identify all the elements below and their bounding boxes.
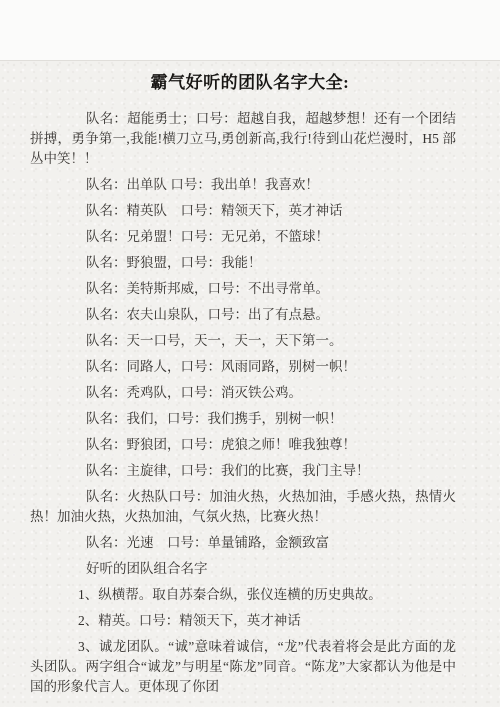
paragraph-team-slogan: 队名：兄弟盟！口号：无兄弟，不篮球！ bbox=[30, 227, 456, 247]
paragraph-team-slogan: 队名：火热队口号：加油火热，火热加油，手感火热，热情火热！加油火热，火热加油，气… bbox=[30, 487, 456, 527]
section-subtitle: 好听的团队组合名字 bbox=[30, 559, 456, 579]
page-title: 霸气好听的团队名字大全: bbox=[30, 72, 470, 94]
paragraph-team-slogan: 队名：超能勇士；口号：超越自我，超越梦想！还有一个团结拼搏，勇争第一,我能!横刀… bbox=[30, 109, 456, 169]
paragraph-numbered-item: 2、精英。口号：精领天下，英才神话 bbox=[30, 611, 456, 631]
document-page: 霸气好听的团队名字大全: 队名：超能勇士；口号：超越自我，超越梦想！还有一个团结… bbox=[0, 0, 500, 707]
paragraph-team-slogan: 队名：天一口号，天一，天一，天下第一。 bbox=[30, 331, 456, 351]
paragraph-team-slogan: 队名：主旋律，口号：我们的比赛，我门主导！ bbox=[30, 461, 456, 481]
paragraph-numbered-item: 1、纵横帮。取自苏秦合纵，张仪连横的历史典故。 bbox=[30, 585, 456, 605]
paragraph-team-slogan: 队名：同路人，口号：风雨同路，别树一帜！ bbox=[30, 357, 456, 377]
paragraph-team-slogan: 队名：出单队 口号：我出单！我喜欢！ bbox=[30, 175, 456, 195]
paragraph-team-slogan: 队名：光速 口号：单量铺路，金额致富 bbox=[30, 533, 456, 553]
paragraph-team-slogan: 队名：美特斯邦威，口号：不出寻常单。 bbox=[30, 279, 456, 299]
paragraph-team-slogan: 队名：野狼团，口号：虎狼之师！唯我独尊！ bbox=[30, 435, 456, 455]
paper-sheet: 霸气好听的团队名字大全: 队名：超能勇士；口号：超越自我，超越梦想！还有一个团结… bbox=[0, 60, 500, 707]
paragraph-team-slogan: 队名：精英队 口号：精领天下，英才神话 bbox=[30, 201, 456, 221]
paragraph-team-slogan: 队名：我们，口号：我们携手，别树一帜！ bbox=[30, 409, 456, 429]
paragraph-team-slogan: 队名：野狼盟，口号：我能！ bbox=[30, 253, 456, 273]
document-body: 队名：超能勇士；口号：超越自我，超越梦想！还有一个团结拼搏，勇争第一,我能!横刀… bbox=[0, 109, 500, 697]
paragraph-team-slogan: 队名：秃鸡队，口号：消灭铁公鸡。 bbox=[30, 383, 456, 403]
paragraph-numbered-item: 3、诚龙团队。“诚”意味着诚信，“龙”代表着将会是此方面的龙头团队。两字组合“诚… bbox=[30, 637, 456, 697]
paragraph-team-slogan: 队名：农夫山泉队，口号：出了有点悬。 bbox=[30, 305, 456, 325]
